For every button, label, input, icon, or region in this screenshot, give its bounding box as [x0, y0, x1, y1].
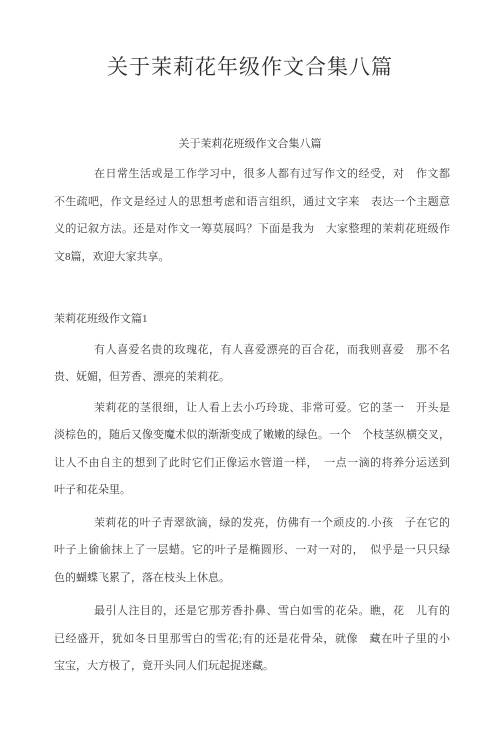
paragraph-line: 茉莉花的茎很细，让人看上去小巧玲珑、非常可爱。它的茎一 开头是: [54, 395, 450, 423]
paragraph-line: 淡棕色的，随后又像变魔术似的渐渐变成了嫩嫩的绿色。一个 个枝茎纵横交叉，: [54, 422, 450, 450]
essay-section-heading: 茉莉花班级作文篇1: [54, 306, 450, 334]
essay-paragraph: 最引人注目的，还是它那芳香扑鼻、雪白如雪的花朵。瞧，花 儿有的 已经盛开，犹如冬…: [54, 598, 450, 681]
essay-paragraph: 茉莉花的叶子青翠欲滴，绿的发亮，仿佛有一个顽皮的.小孩 子在它的 叶子上偷偷抹上…: [54, 510, 450, 593]
intro-paragraph: 在日常生活或是工作学习中，很多人都有过写作文的经受，对 作文都 不生疏吧，作文是…: [54, 161, 450, 271]
document-subtitle: 关于茉莉花班级作文合集八篇: [0, 136, 500, 152]
paragraph-line: 义的记叙方法。还是对作文一筹莫展吗？下面是我为 大家整理的茉莉花班级作: [54, 216, 450, 244]
paragraph-line: 茉莉花的叶子青翠欲滴，绿的发亮，仿佛有一个顽皮的.小孩 子在它的: [54, 510, 450, 538]
paragraph-line: 在日常生活或是工作学习中，很多人都有过写作文的经受，对 作文都: [54, 161, 450, 189]
essay-paragraph: 茉莉花的茎很细，让人看上去小巧玲珑、非常可爱。它的茎一 开头是 淡棕色的，随后又…: [54, 395, 450, 505]
paragraph-line: 让人不由自主的想到了此时它们正像运水管道一样， 一点一滴的将养分运送到: [54, 450, 450, 478]
paragraph-line: 最引人注目的，还是它那芳香扑鼻、雪白如雪的花朵。瞧，花 儿有的: [54, 598, 450, 626]
paragraph-line: 文8篇，欢迎大家共享。: [54, 244, 450, 272]
essay-paragraph: 有人喜爱名贵的玫瑰花，有人喜爱漂亮的百合花，而我则喜爱 那不名 贵、妩媚，但芳香…: [54, 337, 450, 392]
paragraph-line: 宝宝，大方极了，竟开头同人们玩起捉迷藏。: [54, 653, 450, 681]
paragraph-line: 色的蝴蝶飞累了，落在枝头上休息。: [54, 565, 450, 593]
paragraph-line: 不生疏吧，作文是经过人的思想考虑和语言组织，通过文字来 表达一个主题意: [54, 189, 450, 217]
document-page: 关于茉莉花年级作文合集八篇 关于茉莉花班级作文合集八篇 在日常生活或是工作学习中…: [0, 0, 500, 739]
paragraph-line: 已经盛开，犹如冬日里那雪白的雪花;有的还是花骨朵，就像 藏在叶子里的小: [54, 626, 450, 654]
paragraph-line: 叶子和花朵里。: [54, 477, 450, 505]
paragraph-line: 贵、妩媚，但芳香、漂亮的茉莉花。: [54, 364, 450, 392]
document-body: 在日常生活或是工作学习中，很多人都有过写作文的经受，对 作文都 不生疏吧，作文是…: [54, 161, 450, 681]
paragraph-line: 有人喜爱名贵的玫瑰花，有人喜爱漂亮的百合花，而我则喜爱 那不名: [54, 337, 450, 365]
paragraph-line: 叶子上偷偷抹上了一层蜡。它的叶子是椭圆形、一对一对的， 似乎是一只只绿: [54, 537, 450, 565]
document-title: 关于茉莉花年级作文合集八篇: [0, 52, 500, 82]
